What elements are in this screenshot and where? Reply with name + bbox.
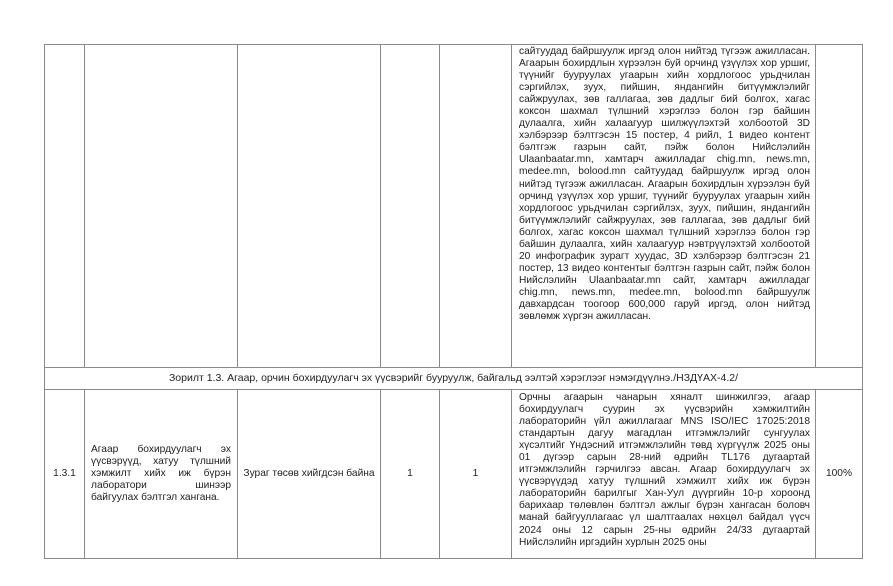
- item-description-cell: Орчны агаарын чанарын хяналт шинжилгээ, …: [512, 390, 816, 559]
- goal-heading: Зорилт 1.3. Агаар, орчин бохирдуулагч эх…: [45, 368, 863, 390]
- item-activity: Агаар бохирдуулагч эх үүсвэрүүд, хатуу т…: [85, 390, 238, 559]
- item-number: 1.3.1: [45, 390, 85, 559]
- table-row-goal: Зорилт 1.3. Агаар, орчин бохирдуулагч эх…: [45, 368, 863, 390]
- description-text: сайтуудад байршуулж иргэд олон нийтэд тү…: [519, 46, 810, 367]
- table-row-continued: сайтуудад байршуулж иргэд олон нийтэд тү…: [45, 45, 863, 368]
- item-baseline: 1: [381, 390, 440, 559]
- cell-number: [45, 45, 85, 368]
- cell-activity: [85, 45, 238, 368]
- item-description: Орчны агаарын чанарын хяналт шинжилгээ, …: [519, 392, 810, 558]
- item-completion: 100%: [816, 390, 863, 559]
- cell-target: [440, 45, 512, 368]
- table-row-item: 1.3.1 Агаар бохирдуулагч эх үүсвэрүүд, х…: [45, 390, 863, 559]
- cell-baseline: [381, 45, 440, 368]
- report-table: сайтуудад байршуулж иргэд олон нийтэд тү…: [44, 44, 863, 559]
- cell-indicator: [238, 45, 381, 368]
- item-indicator: Зураг төсөв хийгдсэн байна: [238, 390, 381, 559]
- cell-completion: [816, 45, 863, 368]
- item-target: 1: [440, 390, 512, 559]
- cell-description: сайтуудад байршуулж иргэд олон нийтэд тү…: [512, 45, 816, 368]
